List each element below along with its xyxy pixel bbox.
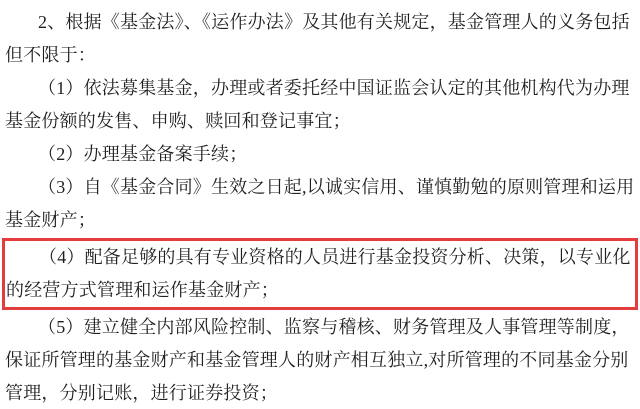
text-line: （5）建立健全内部风险控制、监察与稽核、财务管理及人事管理等制度， xyxy=(5,311,635,344)
text-line: 但不限于： xyxy=(5,39,635,72)
text-line: 的经营方式管理和运作基金财产； xyxy=(6,274,634,307)
paragraph-intro: 2、根据《基金法》、《运作办法》及其他有关规定，基金管理人的义务包括 但不限于： xyxy=(5,6,635,72)
text-line: （2）办理基金备案手续； xyxy=(5,138,635,171)
text-line: （1）依法募集基金，办理或者委托经中国证监会认定的其他机构代为办理 xyxy=(5,72,635,105)
paragraph-item-5: （5）建立健全内部风险控制、监察与稽核、财务管理及人事管理等制度， 保证所管理的… xyxy=(5,311,635,409)
paragraph-item-3: （3）自《基金合同》生效之日起,以诚实信用、谨慎勤勉的原则管理和运用 基金财产； xyxy=(5,171,635,237)
text-line: 基金份额的发售、申购、赎回和登记事宜； xyxy=(5,105,635,138)
text-line: 2、根据《基金法》、《运作办法》及其他有关规定，基金管理人的义务包括 xyxy=(5,6,635,39)
text-line: （3）自《基金合同》生效之日起,以诚实信用、谨慎勤勉的原则管理和运用 xyxy=(5,171,635,204)
text-line: （4）配备足够的具有专业资格的人员进行基金投资分析、决策，以专业化 xyxy=(6,241,634,274)
text-line: 基金财产； xyxy=(5,204,635,237)
paragraph-item-1: （1）依法募集基金，办理或者委托经中国证监会认定的其他机构代为办理 基金份额的发… xyxy=(5,72,635,138)
text-line: 管理，分别记账，进行证券投资； xyxy=(5,377,635,409)
highlight-box: （4）配备足够的具有专业资格的人员进行基金投资分析、决策，以专业化 的经营方式管… xyxy=(2,238,638,310)
document-page: 2、根据《基金法》、《运作办法》及其他有关规定，基金管理人的义务包括 但不限于：… xyxy=(0,0,640,409)
text-line: 保证所管理的基金财产和基金管理人的财产相互独立,对所管理的不同基金分别 xyxy=(5,344,635,377)
paragraph-item-2: （2）办理基金备案手续； xyxy=(5,138,635,171)
